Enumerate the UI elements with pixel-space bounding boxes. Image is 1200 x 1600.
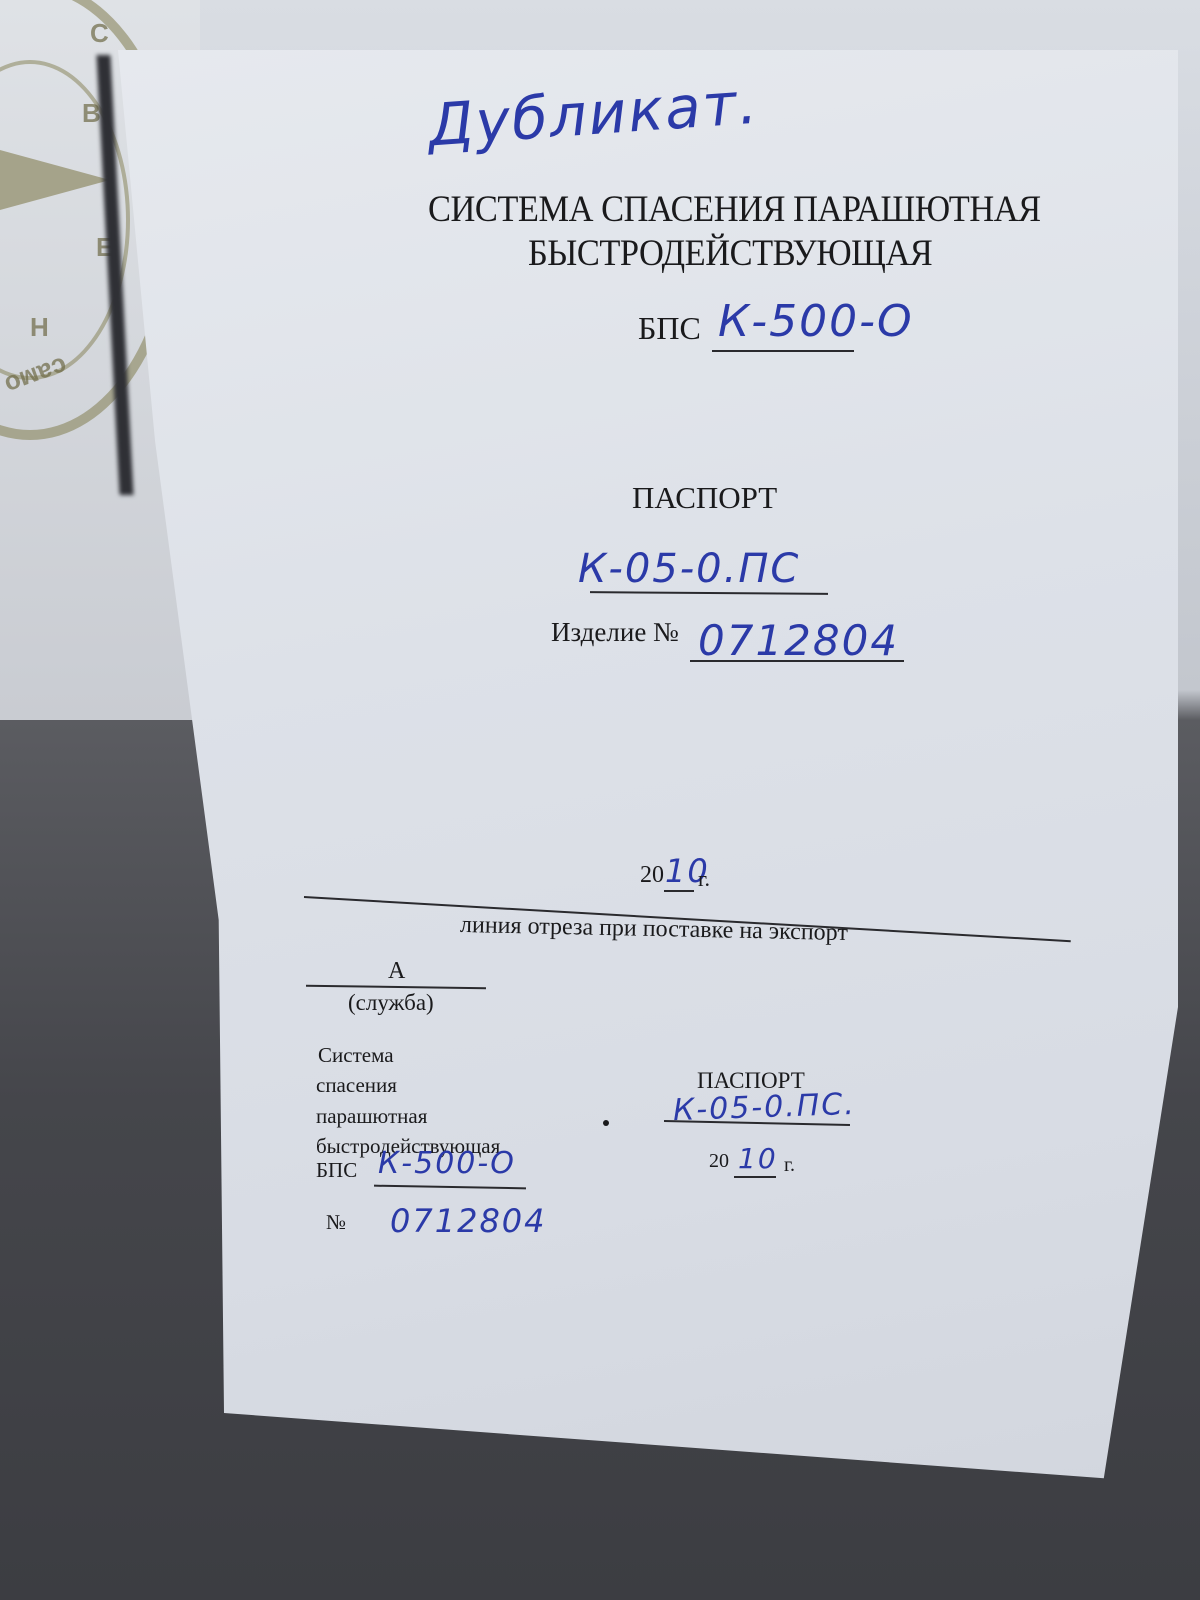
ink-dot	[603, 1120, 609, 1126]
stub-year-value: 10	[738, 1142, 778, 1175]
stamp-letter: С	[90, 18, 109, 49]
stub-year-underline	[734, 1176, 776, 1178]
stamp-arrow-icon	[0, 150, 110, 210]
item-number-underline	[690, 660, 904, 662]
stamp-letter: Н	[30, 312, 49, 343]
service-value: А	[388, 958, 405, 985]
title-line-1: СИСТЕМА СПАСЕНИЯ ПАРАШЮТНАЯ	[428, 188, 1041, 231]
document-type: ПАСПОРТ	[632, 480, 777, 516]
stub-number-value: 0712804	[390, 1202, 547, 1240]
stub-number-label: №	[326, 1210, 346, 1235]
stamp-letter: В	[82, 98, 101, 129]
stub-model-label: БПС	[316, 1158, 357, 1183]
model-label: БПС	[638, 310, 701, 347]
stub-year-suffix: г.	[784, 1154, 795, 1177]
model-value: К-500-О	[718, 296, 914, 347]
stub-year-prefix: 20	[709, 1150, 729, 1173]
title-line-2: БЫСТРОДЕЙСТВУЮЩАЯ	[528, 232, 932, 275]
stub-system-line: парашютная	[316, 1104, 427, 1129]
document-code: К-05-0.ПС	[578, 546, 800, 592]
year-prefix: 20	[640, 862, 664, 889]
model-underline	[712, 350, 854, 352]
item-number-value: 0712804	[698, 616, 899, 665]
stub-system-line: спасения	[316, 1073, 397, 1098]
year-underline	[664, 890, 694, 892]
stub-system-line: Система	[318, 1043, 394, 1068]
item-number-label: Изделие №	[551, 617, 679, 648]
stub-model-value: К-500-О	[378, 1146, 516, 1181]
service-label: (служба)	[348, 990, 434, 1016]
year-suffix: г.	[698, 866, 710, 892]
